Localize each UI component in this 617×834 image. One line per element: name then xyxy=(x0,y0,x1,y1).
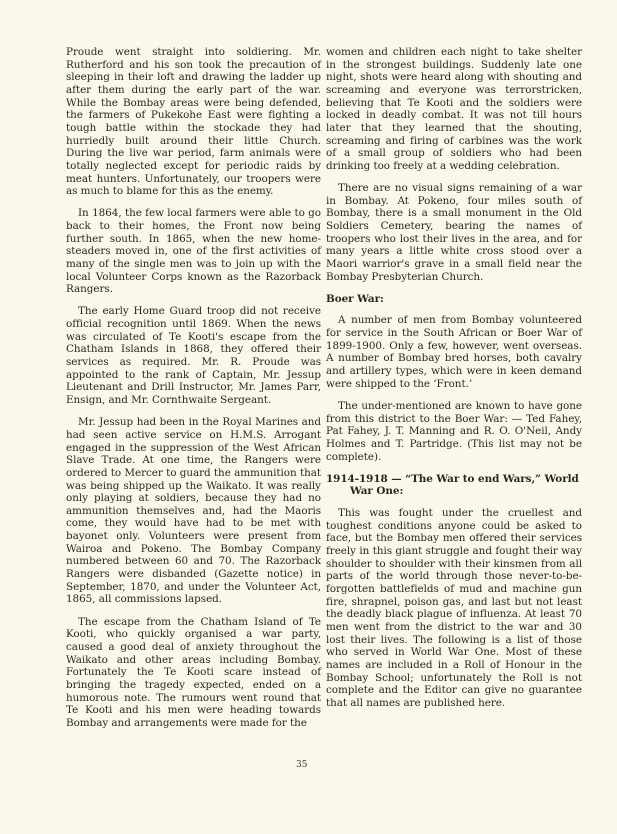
page-number: 35 xyxy=(296,760,307,770)
paragraph: Mr. Jessup had been in the Royal Marines… xyxy=(66,416,321,606)
paragraph-continued: Proude went straight into soldiering. Mr… xyxy=(66,46,321,198)
paragraph: The early Home Guard troop did not recei… xyxy=(66,305,321,406)
paragraph: The under-mentioned are known to have go… xyxy=(326,400,582,463)
paragraph: There are no visual signs remaining of a… xyxy=(326,182,582,283)
paragraph: A number of men from Bombay volun­teered… xyxy=(326,314,582,390)
paragraph: In 1864, the few local farmers were able… xyxy=(66,207,321,296)
section-heading-world-war-one: 1914-1918 — “The War to end Wars,” World… xyxy=(326,473,582,498)
paragraph-continued: women and children each night to take sh… xyxy=(326,46,582,173)
right-column: women and children each night to take sh… xyxy=(326,46,582,719)
section-heading-boer-war: Boer War: xyxy=(326,293,582,306)
paragraph: The escape from the Chatham Island of Te… xyxy=(66,616,321,730)
left-column: Proude went straight into soldiering. Mr… xyxy=(66,46,321,739)
paragraph: This was fought under the cruellest and … xyxy=(326,507,582,710)
